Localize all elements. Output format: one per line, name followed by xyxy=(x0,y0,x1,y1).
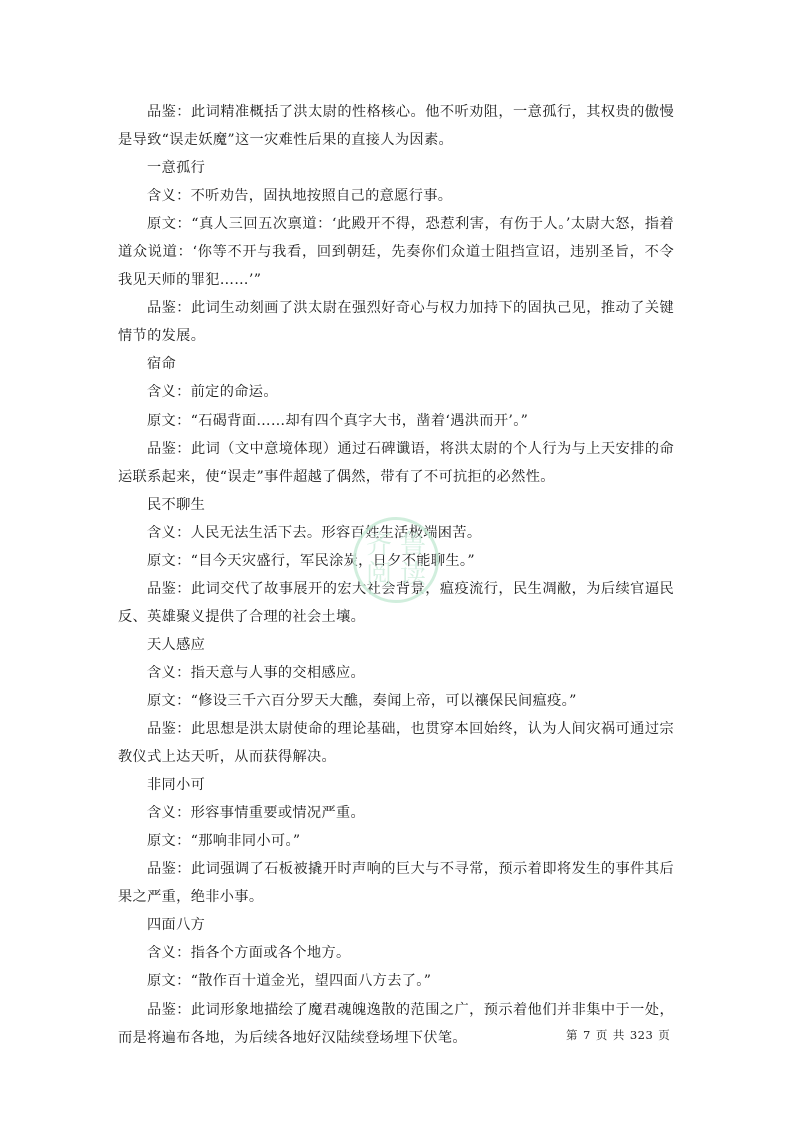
paragraph-text: 此词精准概括了洪太尉的性格核心。他不听劝阻，一意孤行，其权贵的傲慢是导致“误走妖… xyxy=(118,104,674,148)
original-text-paragraph: 原文：“石碣背面……却有四个真字大书，凿着‘遇洪而开’。” xyxy=(118,407,674,435)
meaning-paragraph: 含义：形容事情重要或情况严重。 xyxy=(118,799,674,827)
term-heading: 一意孤行 xyxy=(118,154,674,182)
paragraph-text: 人民无法生活下去。形容百姓生活极端困苦。 xyxy=(191,525,482,541)
appreciation-paragraph: 品鉴：此思想是洪太尉使命的理论基础，也贯穿本回始终，认为人间灾祸可通过宗教仪式上… xyxy=(118,715,674,771)
label: 品鉴： xyxy=(147,721,191,737)
appreciation-paragraph: 品鉴：此词生动刻画了洪太尉在强烈好奇心与权力加持下的固执己见，推动了关键情节的发… xyxy=(118,294,674,350)
original-text-paragraph: 原文：“真人三回五次禀道：‘此殿开不得，恐惹利害，有伤于人。’太尉大怒，指着道众… xyxy=(118,210,674,294)
label: 含义： xyxy=(147,945,191,961)
term-heading: 民不聊生 xyxy=(118,491,674,519)
total-prefix: 共 xyxy=(613,1028,625,1042)
label: 品鉴： xyxy=(147,581,191,597)
original-text-paragraph: 原文：“散作百十道金光，望四面八方去了。” xyxy=(118,967,674,995)
paragraph-text: 前定的命运。 xyxy=(191,384,278,400)
paragraph-text: “散作百十道金光，望四面八方去了。” xyxy=(191,973,432,989)
label: 含义： xyxy=(147,805,191,821)
label: 原文： xyxy=(147,216,191,232)
paragraph-text: 此词生动刻画了洪太尉在强烈好奇心与权力加持下的固执己见，推动了关键情节的发展。 xyxy=(118,300,674,344)
term-heading: 宿命 xyxy=(118,350,674,378)
paragraph-text: 形容事情重要或情况严重。 xyxy=(191,805,365,821)
total-page-count: 323 xyxy=(630,1028,653,1042)
label: 含义： xyxy=(147,525,191,541)
paragraph-text: 此思想是洪太尉使命的理论基础，也贯穿本回始终，认为人间灾祸可通过宗教仪式上达天听… xyxy=(118,721,674,765)
paragraph-text: 指天意与人事的交相感应。 xyxy=(191,665,365,681)
label: 品鉴： xyxy=(147,1002,191,1018)
paragraph-text: 指各个方面或各个地方。 xyxy=(191,945,351,961)
meaning-paragraph: 含义：人民无法生活下去。形容百姓生活极端困苦。 xyxy=(118,519,674,547)
paragraph-text: “那响非同小可。” xyxy=(191,833,301,849)
paragraph-text: “修设三千六百分罗天大醮，奏闻上帝，可以禳保民间瘟疫。” xyxy=(191,693,577,709)
meaning-paragraph: 含义：指天意与人事的交相感应。 xyxy=(118,659,674,687)
meaning-paragraph: 含义：指各个方面或各个地方。 xyxy=(118,939,674,967)
appreciation-paragraph: 品鉴：此词形象地描绘了魔君魂魄逸散的范围之广，预示着他们并非集中于一处，而是将遍… xyxy=(118,996,674,1052)
original-text-paragraph: 原文：“目今天灾盛行，军民涂炭，日夕不能聊生。” xyxy=(118,547,674,575)
paragraph-text: “真人三回五次禀道：‘此殿开不得，恐惹利害，有伤于人。’太尉大怒，指着道众说道：… xyxy=(118,216,674,288)
label: 含义： xyxy=(147,384,191,400)
paragraph-text: 此词（文中意境体现）通过石碑谶语，将洪太尉的个人行为与上天安排的命运联系起来，使… xyxy=(118,441,674,485)
current-page-number: 7 xyxy=(583,1028,591,1042)
label: 原文： xyxy=(147,833,191,849)
meaning-paragraph: 含义：前定的命运。 xyxy=(118,378,674,406)
term-heading: 四面八方 xyxy=(118,911,674,939)
label: 品鉴： xyxy=(147,300,191,316)
document-body: 品鉴：此词精准概括了洪太尉的性格核心。他不听劝阻，一意孤行，其权贵的傲慢是导致“… xyxy=(118,98,674,1052)
page-number-footer: 第7页共323页 xyxy=(566,1027,670,1043)
page-word: 页 xyxy=(596,1028,608,1042)
label: 品鉴： xyxy=(147,441,191,457)
page-prefix: 第 xyxy=(566,1028,578,1042)
label: 品鉴： xyxy=(147,104,191,120)
label: 含义： xyxy=(147,665,191,681)
appreciation-paragraph: 品鉴：此词（文中意境体现）通过石碑谶语，将洪太尉的个人行为与上天安排的命运联系起… xyxy=(118,435,674,491)
paragraph-text: 此词强调了石板被撬开时声响的巨大与不寻常，预示着即将发生的事件其后果之严重，绝非… xyxy=(118,861,674,905)
total-suffix: 页 xyxy=(658,1028,670,1042)
label: 含义： xyxy=(147,188,191,204)
appreciation-paragraph: 品鉴：此词强调了石板被撬开时声响的巨大与不寻常，预示着即将发生的事件其后果之严重… xyxy=(118,855,674,911)
term-heading: 非同小可 xyxy=(118,771,674,799)
label: 原文： xyxy=(147,973,191,989)
meaning-paragraph: 含义：不听劝告，固执地按照自己的意愿行事。 xyxy=(118,182,674,210)
paragraph-text: “目今天灾盛行，军民涂炭，日夕不能聊生。” xyxy=(191,553,475,569)
original-text-paragraph: 原文：“那响非同小可。” xyxy=(118,827,674,855)
label: 原文： xyxy=(147,553,191,569)
paragraph-text: “石碣背面……却有四个真字大书，凿着‘遇洪而开’。” xyxy=(191,413,529,429)
original-text-paragraph: 原文：“修设三千六百分罗天大醮，奏闻上帝，可以禳保民间瘟疫。” xyxy=(118,687,674,715)
label: 原文： xyxy=(147,693,191,709)
appreciation-paragraph: 品鉴：此词交代了故事展开的宏大社会背景，瘟疫流行，民生凋敝，为后续官逼民反、英雄… xyxy=(118,575,674,631)
label: 原文： xyxy=(147,413,191,429)
label: 品鉴： xyxy=(147,861,191,877)
appreciation-paragraph: 品鉴：此词精准概括了洪太尉的性格核心。他不听劝阻，一意孤行，其权贵的傲慢是导致“… xyxy=(118,98,674,154)
term-heading: 天人感应 xyxy=(118,631,674,659)
paragraph-text: 此词交代了故事展开的宏大社会背景，瘟疫流行，民生凋敝，为后续官逼民反、英雄聚义提… xyxy=(118,581,674,625)
paragraph-text: 不听劝告，固执地按照自己的意愿行事。 xyxy=(191,188,453,204)
